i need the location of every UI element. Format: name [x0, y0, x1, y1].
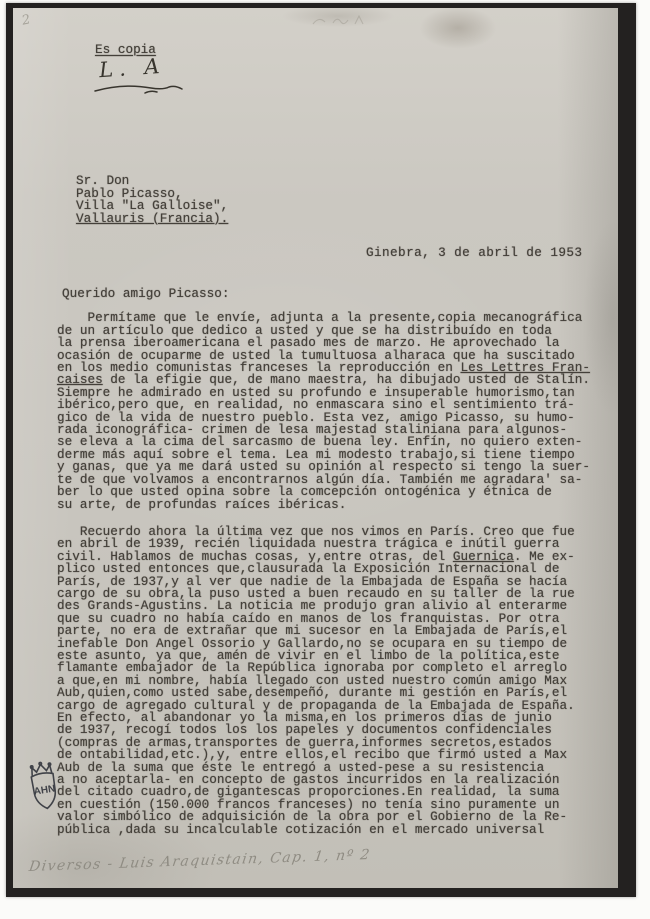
salutation: Querido amigo Picasso: — [57, 288, 590, 300]
archive-stamp-ahn: AHN — [20, 758, 70, 816]
corner-page-number: 2 — [21, 12, 32, 28]
dateline: Ginebra, 3 de abril de 1953 — [366, 247, 582, 259]
letter-paragraph-1: Permítame que le envíe, adjunta a la pre… — [57, 312, 590, 511]
archival-annotation: Diversos - Luis Araquistain, Cap. 1, nº … — [28, 847, 372, 875]
photo-frame: 2 Es copia L. A Sr. DonPablo Picasso,Vil… — [6, 3, 636, 897]
letter-body: Querido amigo Picasso: Permítame que le … — [57, 288, 590, 836]
faint-pencil-mark — [309, 12, 369, 30]
letter-line: pública ,dada su incalculable cotización… — [57, 824, 590, 836]
letter-line: su arte, de profundas raíces ibéricas. — [57, 499, 590, 511]
letter-page: 2 Es copia L. A Sr. DonPablo Picasso,Vil… — [13, 8, 618, 888]
letter-line: Vallauris (Francia). — [76, 213, 228, 226]
letter-paragraph-2: Recuerdo ahora la última vez que nos vim… — [57, 526, 590, 836]
handwritten-initials: L. A — [98, 54, 166, 83]
recipient-address: Sr. DonPablo Picasso,Villa "La Galloise"… — [76, 175, 228, 225]
stamp-text: AHN — [33, 783, 56, 797]
initials-flourish — [93, 82, 185, 96]
